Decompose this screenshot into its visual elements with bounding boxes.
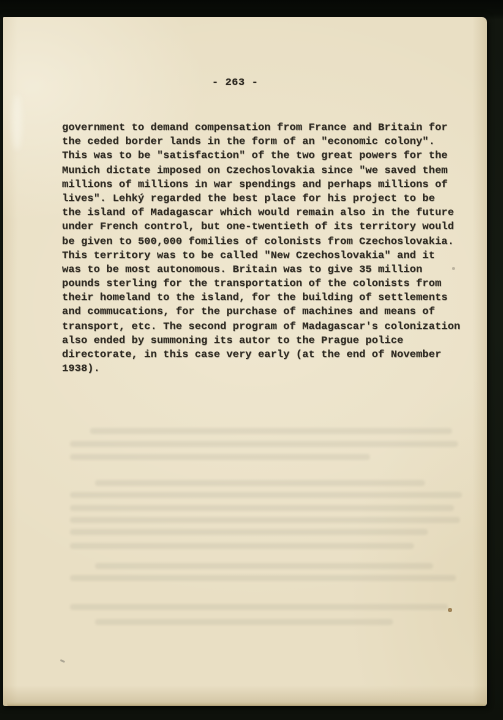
body-text-paragraph: government to demand compensation from F…: [62, 121, 464, 376]
page-number: - 263 -: [212, 77, 258, 89]
paper-sheet: - 263 - government to demand compensatio…: [3, 17, 487, 706]
scanned-document-page: - 263 - government to demand compensatio…: [0, 0, 503, 720]
